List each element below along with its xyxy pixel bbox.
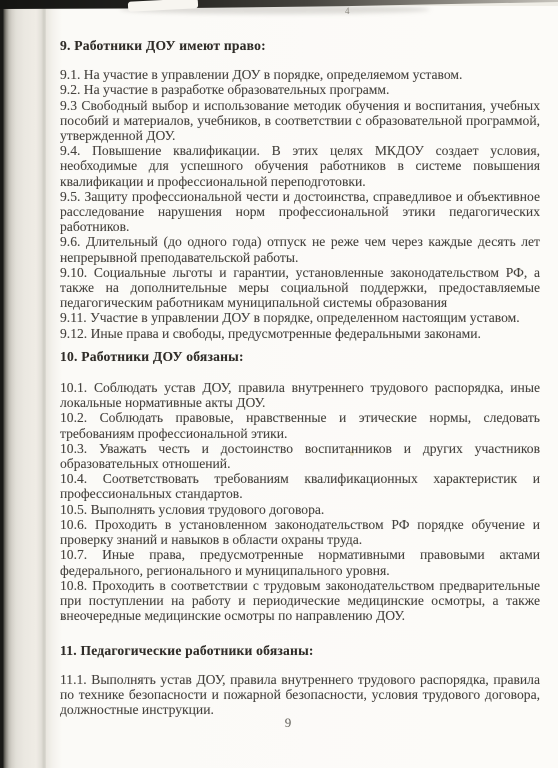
document-text-block: 9. Работники ДОУ имеют право: 9.1. На уч… (60, 6, 540, 730)
scanner-left-edge (0, 0, 46, 768)
section-10-heading: 10. Работники ДОУ обязаны: (60, 349, 540, 364)
clause-10-8: 10.8. Проходить в соответствии с трудовы… (60, 578, 540, 624)
clause-9-2: 9.2. На участие в разработке образовател… (60, 82, 540, 97)
clause-10-5: 10.5. Выполнять условия трудового догово… (60, 502, 540, 517)
clause-9-10: 9.10. Социальные льготы и гарантии, уста… (60, 265, 540, 311)
clause-10-2: 10.2. Соблюдать правовые, нравственные и… (60, 410, 540, 440)
section-9-heading: 9. Работники ДОУ имеют право: (60, 38, 540, 53)
scanned-document-page: 4 9. Работники ДОУ имеют право: 9.1. На … (0, 0, 558, 768)
section-11-heading: 11. Педагогические работники обязаны: (60, 643, 540, 658)
clause-9-11: 9.11. Участие в управлении ДОУ в порядке… (60, 310, 540, 325)
page-number: 9 (48, 715, 528, 730)
clause-10-6: 10.6. Проходить в установленном законода… (60, 517, 540, 547)
clause-11-1: 11.1. Выполнять устав ДОУ, правила внутр… (60, 672, 540, 718)
clause-9-6: 9.6. Длительный (до одного года) отпуск … (60, 234, 540, 264)
clause-10-3: 10.3. Уважать честь и достоинство воспит… (60, 441, 540, 471)
clause-10-7: 10.7. Иные права, предусмотренные нормат… (60, 547, 540, 577)
clause-9-3: 9.3 Свободный выбор и использование мето… (60, 98, 540, 144)
clause-9-4: 9.4. Повышение квалификации. В этих целя… (60, 143, 540, 189)
clause-10-1: 10.1. Соблюдать устав ДОУ, правила внутр… (60, 380, 540, 410)
clause-9-12: 9.12. Иные права и свободы, предусмотрен… (60, 326, 540, 341)
clause-9-1: 9.1. На участие в управлении ДОУ в поряд… (60, 67, 540, 82)
clause-9-5: 9.5. Защиту профессиональной чести и дос… (60, 189, 540, 235)
clause-10-4: 10.4. Соответствовать требованиям квалиф… (60, 471, 540, 501)
